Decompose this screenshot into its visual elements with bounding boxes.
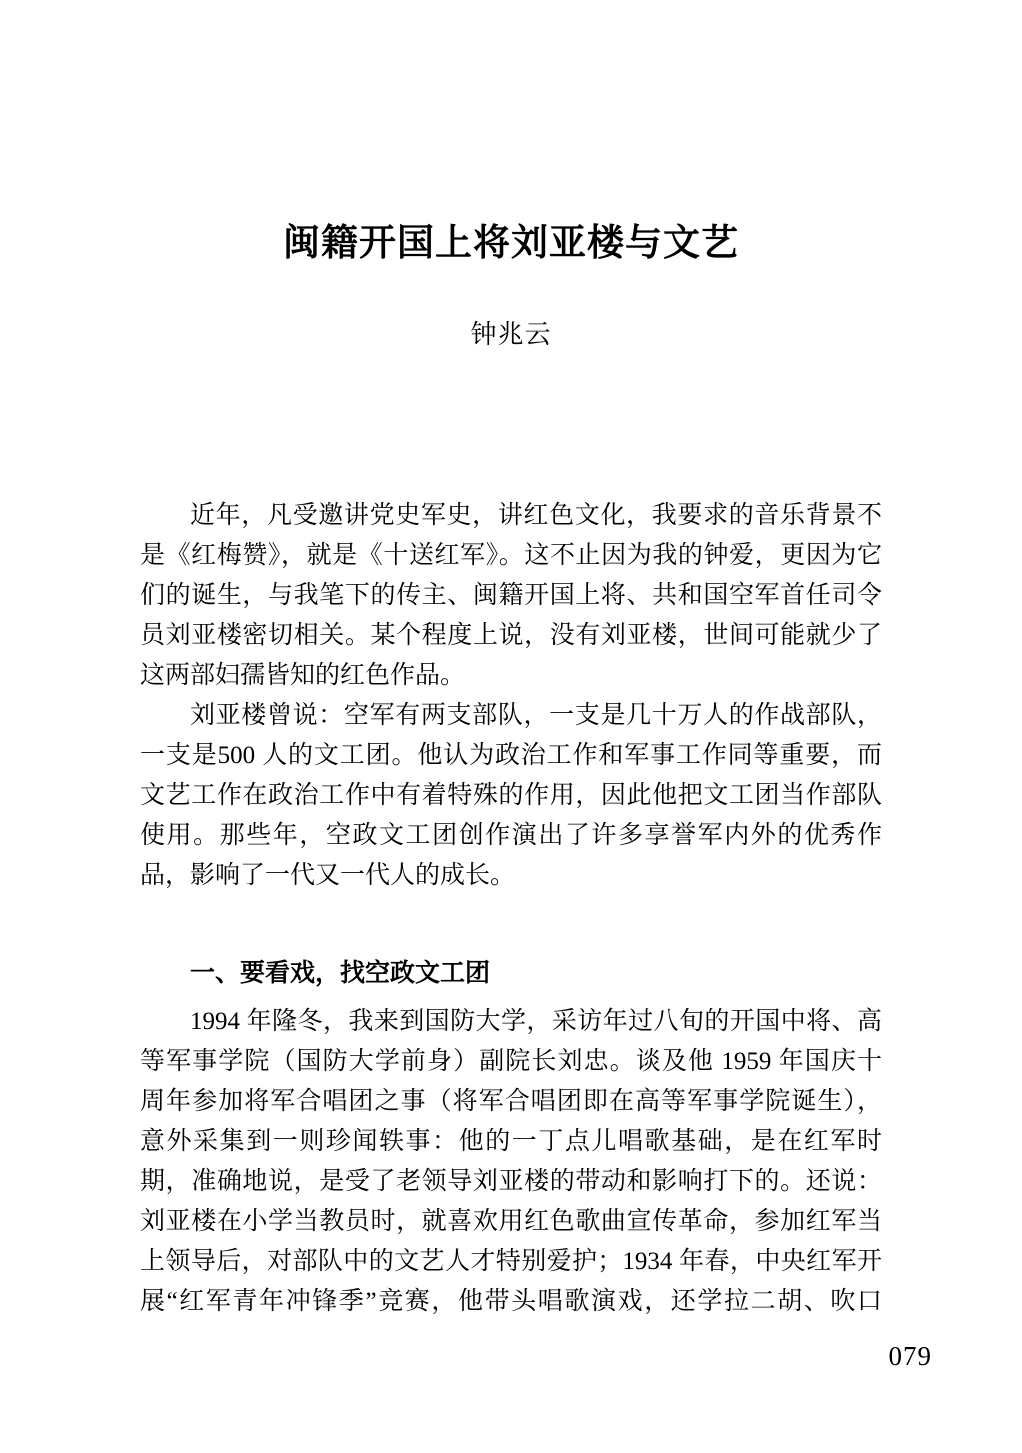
paragraph-3: 1994 年隆冬，我来到国防大学，采访年过八旬的开国中将、高 等军事学院（国防大… (140, 1002, 882, 1322)
document-page: 闽籍开国上将刘亚楼与文艺 钟兆云 近年，凡受邀讲党史军史，讲红色文化，我要求的音… (0, 0, 1022, 1453)
paragraph-line: 使用。那些年，空政文工团创作演出了许多享誉军内外的优秀作 (140, 816, 882, 856)
paragraph-line: 是《红梅赞》，就是《十送红军》。这不止因为我的钟爱，更因为它 (140, 536, 882, 576)
paragraph-line: 品，影响了一代又一代人的成长。 (140, 856, 882, 896)
article-author: 钟兆云 (0, 316, 1022, 354)
paragraph-line: 刘亚楼曾说：空军有两支部队，一支是几十万人的作战部队， (140, 696, 882, 736)
paragraph-line: 上领导后，对部队中的文艺人才特别爱护；1934 年春，中央红军开 (140, 1242, 882, 1282)
paragraph-1: 近年，凡受邀讲党史军史，讲红色文化，我要求的音乐背景不 是《红梅赞》，就是《十送… (140, 496, 882, 696)
paragraph-line: 展“红军青年冲锋季”竞赛，他带头唱歌演戏，还学拉二胡、吹口 (140, 1282, 882, 1322)
paragraph-line: 文艺工作在政治工作中有着特殊的作用，因此他把文工团当作部队 (140, 776, 882, 816)
paragraph-line: 1994 年隆冬，我来到国防大学，采访年过八旬的开国中将、高 (140, 1002, 882, 1042)
paragraph-line: 员刘亚楼密切相关。某个程度上说，没有刘亚楼，世间可能就少了 (140, 616, 882, 656)
paragraph-line: 意外采集到一则珍闻轶事：他的一丁点儿唱歌基础，是在红军时 (140, 1122, 882, 1162)
paragraph-line: 近年，凡受邀讲党史军史，讲红色文化，我要求的音乐背景不 (140, 496, 882, 536)
paragraph-line: 周年参加将军合唱团之事（将军合唱团即在高等军事学院诞生）， (140, 1082, 882, 1122)
section-heading: 一、要看戏，找空政文工团 (140, 954, 882, 994)
paragraph-2: 刘亚楼曾说：空军有两支部队，一支是几十万人的作战部队， 一支是500 人的文工团… (140, 696, 882, 896)
paragraph-line: 这两部妇孺皆知的红色作品。 (140, 656, 882, 696)
paragraph-line: 期，准确地说，是受了老领导刘亚楼的带动和影响打下的。还说： (140, 1162, 882, 1202)
paragraph-line: 一支是500 人的文工团。他认为政治工作和军事工作同等重要，而 (140, 736, 882, 776)
paragraph-line: 等军事学院（国防大学前身）副院长刘忠。谈及他 1959 年国庆十 (140, 1042, 882, 1082)
article-title: 闽籍开国上将刘亚楼与文艺 (0, 218, 1022, 270)
paragraph-line: 刘亚楼在小学当教员时，就喜欢用红色歌曲宣传革命，参加红军当 (140, 1202, 882, 1242)
article-body: 近年，凡受邀讲党史军史，讲红色文化，我要求的音乐背景不 是《红梅赞》，就是《十送… (140, 496, 882, 1322)
page-number: 079 (889, 1340, 933, 1372)
paragraph-line: 们的诞生，与我笔下的传主、闽籍开国上将、共和国空军首任司令 (140, 576, 882, 616)
